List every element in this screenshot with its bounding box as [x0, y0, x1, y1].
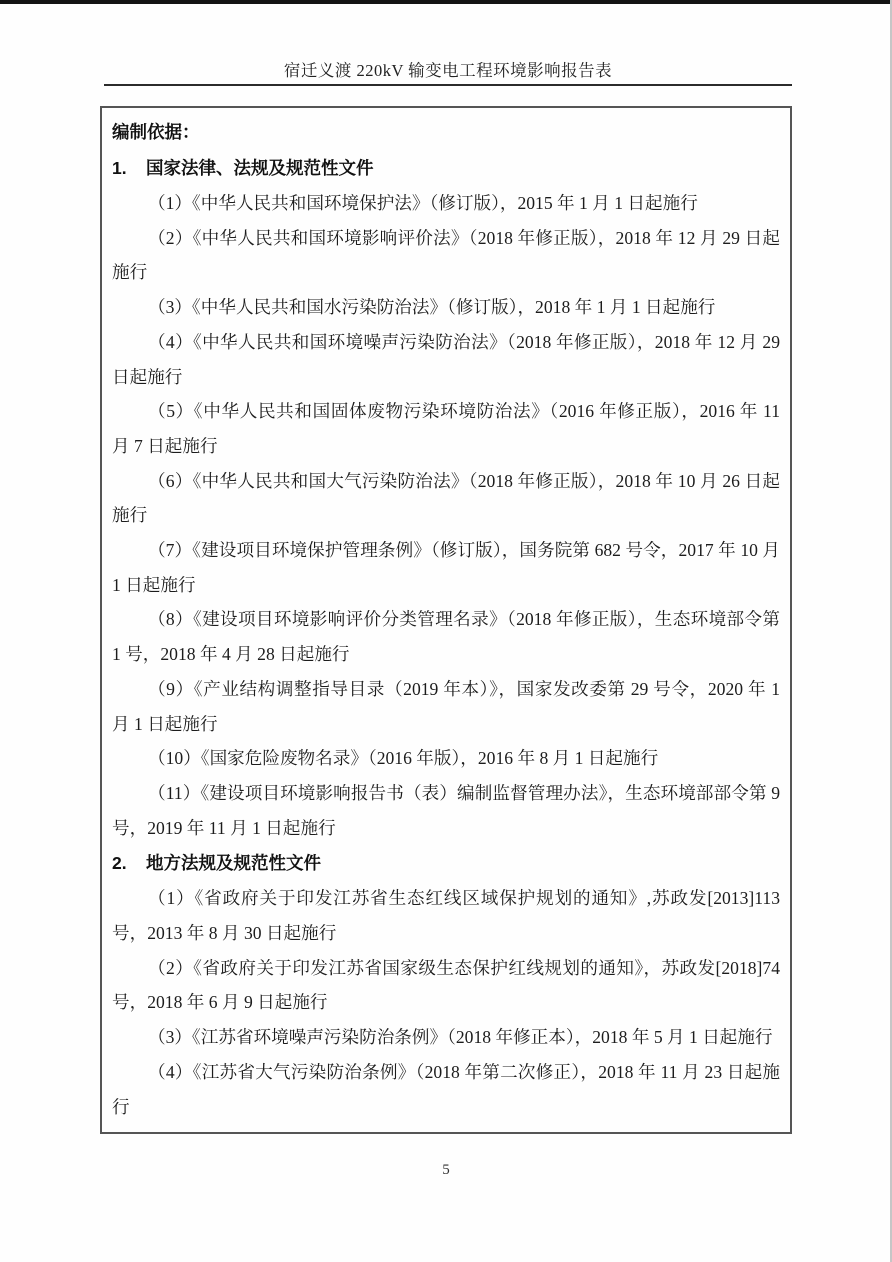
list-item: （11）《建设项目环境影响报告书（表）编制监督管理办法》，生态环境部部令第 9 …	[112, 776, 780, 845]
section-1-number: 1.	[112, 150, 146, 186]
list-item: （8）《建设项目环境影响评价分类管理名录》（2018 年修正版），生态环境部令第…	[112, 602, 780, 671]
list-item: （4）《中华人民共和国环境噪声污染防治法》（2018 年修正版），2018 年 …	[112, 325, 780, 394]
section-1-heading: 1.国家法律、法规及规范性文件	[112, 150, 780, 186]
list-item: （2）《中华人民共和国环境影响评价法》（2018 年修正版），2018 年 12…	[112, 221, 780, 290]
list-item: （3）《江苏省环境噪声污染防治条例》（2018 年修正本），2018 年 5 月…	[112, 1020, 780, 1055]
section-2-title: 地方法规及规范性文件	[146, 853, 321, 873]
box-title: 编制依据：	[112, 114, 780, 150]
header-rule	[104, 84, 792, 86]
section-1-title: 国家法律、法规及规范性文件	[146, 158, 374, 178]
section-2-heading: 2.地方法规及规范性文件	[112, 845, 780, 881]
list-item: （3）《中华人民共和国水污染防治法》（修订版），2018 年 1 月 1 日起施…	[112, 290, 780, 325]
list-item: （1）《中华人民共和国环境保护法》（修订版），2015 年 1 月 1 日起施行	[112, 186, 780, 221]
compilation-basis-box: 编制依据： 1.国家法律、法规及规范性文件 （1）《中华人民共和国环境保护法》（…	[100, 106, 792, 1134]
list-item: （6）《中华人民共和国大气污染防治法》（2018 年修正版），2018 年 10…	[112, 464, 780, 533]
report-header-title: 宿迁义渡 220kV 输变电工程环境影响报告表	[104, 57, 792, 81]
list-item: （5）《中华人民共和国固体废物污染环境防治法》（2016 年修正版），2016 …	[112, 394, 780, 463]
list-item: （10）《国家危险废物名录》（2016 年版），2016 年 8 月 1 日起施…	[112, 741, 780, 776]
section-2-number: 2.	[112, 845, 146, 881]
list-item: （1）《省政府关于印发江苏省生态红线区域保护规划的通知》,苏政发[2013]11…	[112, 881, 780, 950]
document-page: 宿迁义渡 220kV 输变电工程环境影响报告表 编制依据： 1.国家法律、法规及…	[0, 0, 892, 1262]
list-item: （2）《省政府关于印发江苏省国家级生态保护红线规划的通知》，苏政发[2018]7…	[112, 951, 780, 1020]
list-item: （9）《产业结构调整指导目录（2019 年本）》，国家发改委第 29 号令，20…	[112, 672, 780, 741]
page-number: 5	[0, 1162, 892, 1179]
page-top-edge	[0, 0, 892, 4]
list-item: （7）《建设项目环境保护管理条例》（修订版），国务院第 682 号令，2017 …	[112, 533, 780, 602]
list-item: （4）《江苏省大气污染防治条例》（2018 年第二次修正），2018 年 11 …	[112, 1055, 780, 1124]
